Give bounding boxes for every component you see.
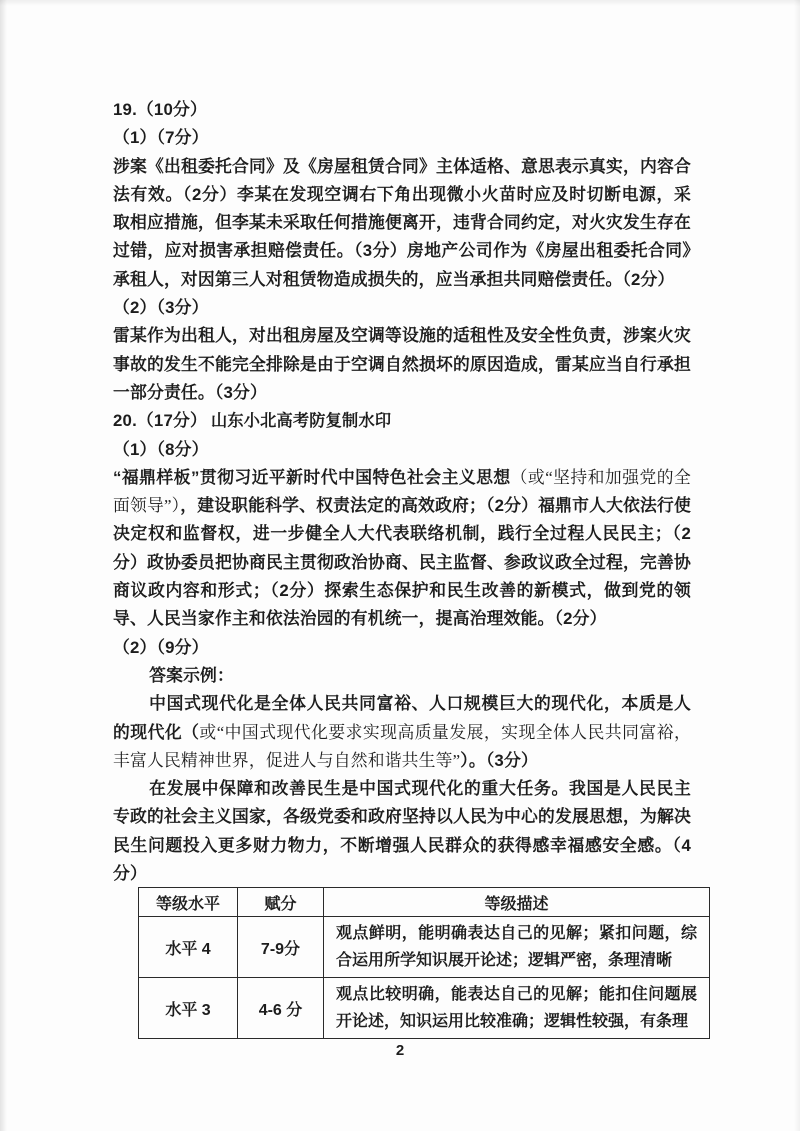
answer-key-content: 19.（10分） （1）（7分） 涉案《出租委托合同》及《房屋租赁合同》主体适格…: [113, 96, 691, 888]
q19-part2-text: 雷某作为出租人，对出租房屋及空调等设施的适租性及安全性负责，涉案火灾事故的发生不…: [113, 322, 691, 407]
q20-part1-text: “福鼎样板”贯彻习近平新时代中国特色社会主义思想（或“坚持和加强党的全面领导”）…: [113, 464, 691, 634]
rubric-level3-desc: 观点比较明确，能表达自己的见解；能扣住问题展开论述，知识运用比较准确；逻辑性较强…: [324, 978, 710, 1039]
q20-part1-label: （1）（8分）: [113, 436, 691, 464]
q20-example-para1: 中国式现代化是全体人民共同富裕、人口规模巨大的现代化，本质是人的现代化（或“中国…: [113, 690, 691, 775]
rubric-row-level3: 水平 3 4-6 分 观点比较明确，能表达自己的见解；能扣住问题展开论述，知识运…: [139, 978, 710, 1039]
rubric-level4-score: 7-9分: [238, 917, 324, 978]
q20-part1-text-normal-1: “福鼎样板”贯彻习近平新时代中国特色社会主义思想: [113, 468, 511, 487]
q20-heading-line: 20.（17分）山东小北高考防复制水印: [113, 407, 691, 435]
q20-heading: 20.（17分）: [113, 411, 207, 430]
q20-example-para1-quote: 或“中国式现代化要求实现高质量发展，实现全体人民共同富裕，丰富人民精神世界，促进…: [113, 723, 691, 770]
q20-part2-label: （2）（9分）: [113, 634, 691, 662]
page-number: 2: [0, 1042, 800, 1059]
rubric-header-score: 赋分: [238, 888, 324, 917]
rubric-row-level4: 水平 4 7-9分 观点鲜明，能明确表达自己的见解；紧扣问题，综合运用所学知识展…: [139, 917, 710, 978]
rubric-level4-name: 水平 4: [139, 917, 238, 978]
q19-heading: 19.（10分）: [113, 96, 691, 124]
q20-example-label: 答案示例：: [113, 662, 691, 690]
rubric-level3-score: 4-6 分: [238, 978, 324, 1039]
q20-example-para1-normal-2: ）。（3分）: [460, 751, 538, 770]
q20-part1-text-normal-2: ，建设职能科学、权责法定的高效政府；（2分）福鼎市人大依法行使决定权和监督权，进…: [113, 496, 691, 628]
anti-copy-watermark-text: 山东小北高考防复制水印: [211, 412, 391, 430]
q20-example-para2: 在发展中保障和改善民生是中国式现代化的重大任务。我国是人民民主专政的社会主义国家…: [113, 775, 691, 888]
q19-part1-text: 涉案《出租委托合同》及《房屋租赁合同》主体适格、意思表示真实，内容合法有效。（2…: [113, 153, 691, 294]
rubric-table: 等级水平 赋分 等级描述 水平 4 7-9分 观点鲜明，能明确表达自己的见解；紧…: [138, 887, 710, 1039]
q19-part2-label: （2）（3分）: [113, 294, 691, 322]
document-page: 19.（10分） （1）（7分） 涉案《出租委托合同》及《房屋租赁合同》主体适格…: [0, 0, 800, 1131]
rubric-header-desc: 等级描述: [324, 888, 710, 917]
q19-part1-label: （1）（7分）: [113, 124, 691, 152]
rubric-header-level: 等级水平: [139, 888, 238, 917]
rubric-level4-desc: 观点鲜明，能明确表达自己的见解；紧扣问题，综合运用所学知识展开论述；逻辑严密，条…: [324, 917, 710, 978]
rubric-level3-name: 水平 3: [139, 978, 238, 1039]
rubric-header-row: 等级水平 赋分 等级描述: [139, 888, 710, 917]
